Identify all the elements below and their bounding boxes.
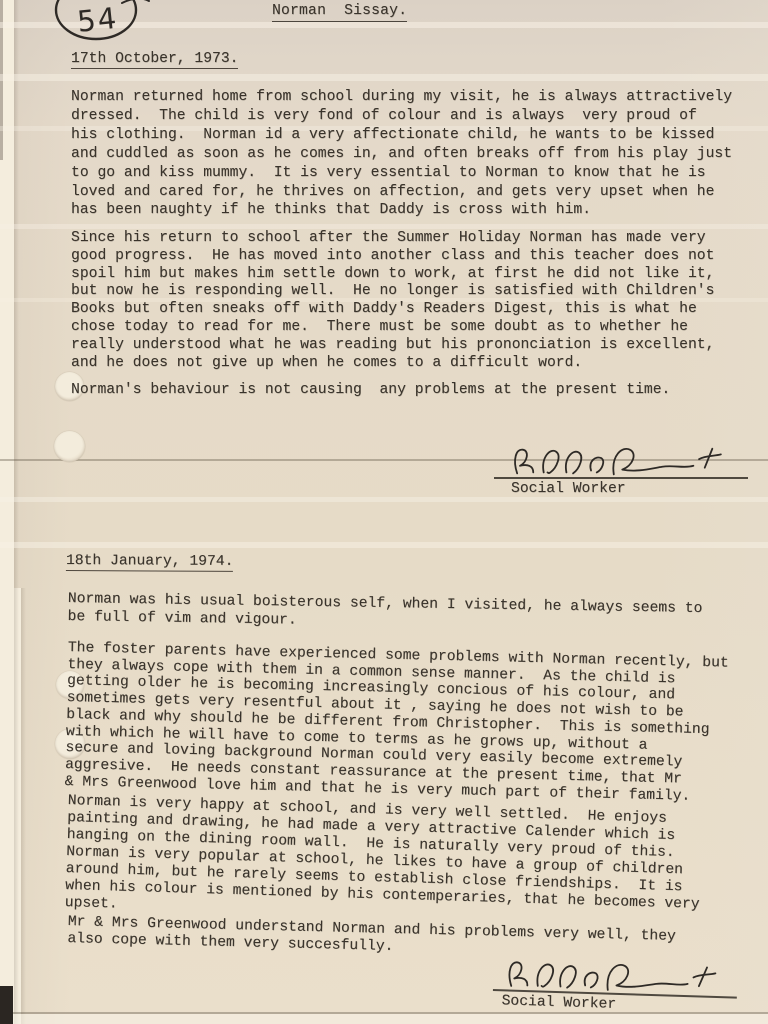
signature-role-label: Social Worker [494,481,748,497]
handwritten-signature-icon [494,444,744,480]
page-number-annotation: 54 [50,0,182,48]
paper-crease [0,542,768,548]
signature-block: Social Worker [492,956,738,1017]
page-title: Norman Sissay. [272,3,407,22]
signature-underline [494,477,748,479]
paragraph: Since his return to school after the Sum… [71,230,714,372]
paper-crease [0,74,768,81]
page-edge-shadow [0,0,3,160]
page-edge-shadow [14,0,19,1024]
page-number: 54 [76,1,120,39]
corner-shadow [0,986,13,1024]
entry-date-heading: 18th January, 1974. [66,553,234,572]
paragraph: Norman's behaviour is not causing any pr… [71,381,670,399]
paragraph: Norman was his usual boisterous self, wh… [67,590,702,636]
paragraph: Norman returned home from school during … [71,88,732,220]
entry-date-heading: 17th October, 1973. [71,51,238,69]
page-edge-shadow [21,588,26,1024]
paper-crease [0,497,768,502]
paragraph: The foster parents have experienced some… [64,640,728,806]
scanned-document-page: 54 Norman Sissay. 17th October, 1973. No… [0,0,768,1024]
signature-block: Social Worker [494,444,748,497]
paper-crease [0,224,768,229]
paragraph: Norman is very happy at school, and is v… [64,793,702,931]
hole-punch [54,431,85,462]
paper-crease [0,1014,768,1024]
